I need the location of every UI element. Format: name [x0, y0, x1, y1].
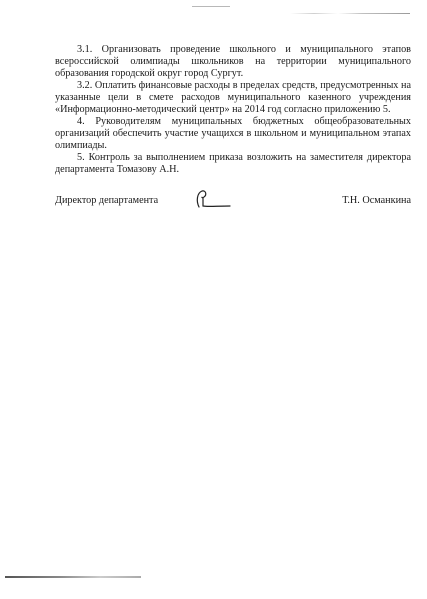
paragraph-4: 4. Руководителям муниципальных бюджетных… [55, 116, 411, 152]
signer-position: Директор департамента [55, 195, 158, 206]
handwritten-signature-icon [193, 187, 233, 211]
document-page: 3.1. Организовать проведение школьного и… [0, 0, 427, 599]
signer-name: Т.Н. Османкина [342, 195, 411, 206]
scan-artifact-top [192, 6, 230, 7]
signature-block: Директор департамента Т.Н. Османкина [55, 193, 411, 213]
paragraph-3-2: 3.2. Оплатить финансовые расходы в преде… [55, 80, 411, 116]
scan-artifact-bottom [5, 576, 141, 578]
scan-artifact-top-right [290, 13, 410, 14]
paragraph-3-1: 3.1. Организовать проведение школьного и… [55, 44, 411, 80]
paragraph-5: 5. Контроль за выполнением приказа возло… [55, 152, 411, 176]
document-body: 3.1. Организовать проведение школьного и… [55, 44, 411, 176]
